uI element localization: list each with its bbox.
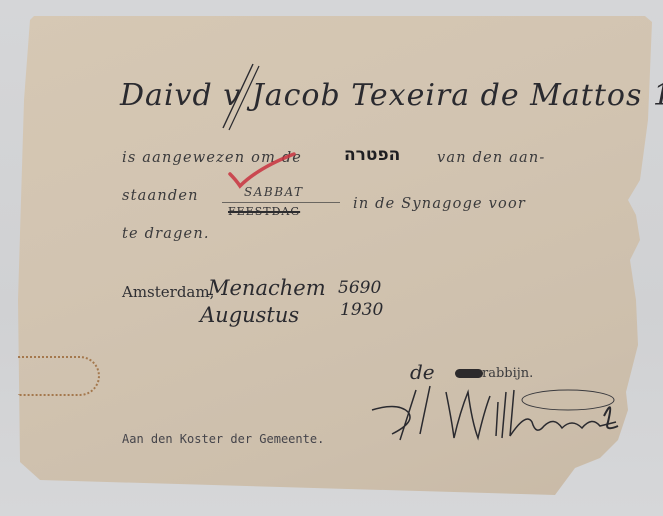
option-divider	[222, 202, 340, 203]
title-prefix: de	[410, 360, 435, 384]
handwriting-flourish	[215, 62, 265, 132]
body-line-3: te dragen.	[122, 226, 210, 242]
rust-stain	[18, 356, 100, 396]
red-check-mark	[228, 152, 298, 192]
hebrew-year: 5690	[338, 278, 381, 298]
signature-text: W. Wittkeard	[0, 0, 7, 1]
body-line-2-suffix: in de Synagoge voor	[353, 196, 526, 212]
body-line-2-prefix: staanden	[122, 188, 199, 204]
civil-month: Augustus	[200, 303, 299, 327]
civil-year: 1930	[340, 300, 383, 320]
document-photo: Daivd v Jacob Texeira de Mattos 13j is a…	[0, 0, 663, 516]
ink-blot-redaction	[455, 369, 483, 378]
recipient-name: Daivd v Jacob Texeira de Mattos 13j	[120, 78, 663, 113]
hebrew-month: Menachem	[208, 276, 326, 300]
rabbi-signature	[368, 382, 623, 442]
title-suffix: rabbijn.	[482, 366, 533, 381]
footer-addressee: Aan den Koster der Gemeente.	[122, 432, 324, 446]
option-feestdag-struck: FEESTDAG	[228, 205, 300, 218]
dateline-place: Amsterdam,	[122, 283, 214, 301]
body-line-1-suffix: van den aan-	[437, 150, 546, 166]
hebrew-haftarah: הפטרה	[344, 145, 400, 165]
